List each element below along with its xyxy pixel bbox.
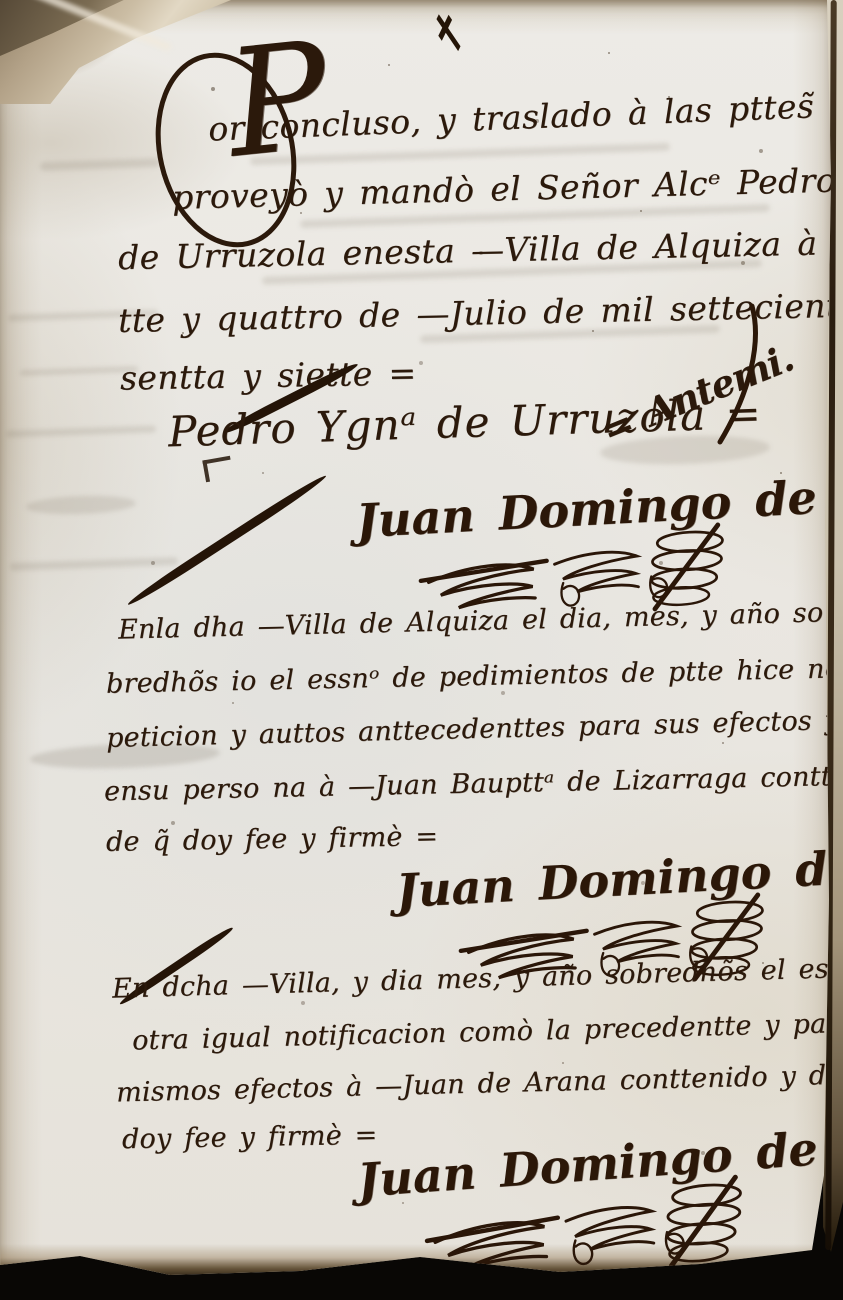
initial-letter: P (219, 9, 336, 190)
invocation-cross-icon: ✝ (418, 0, 476, 74)
manuscript-line: sentta y siette = (120, 353, 417, 397)
show-through-line (6, 425, 156, 437)
pen-stroke (126, 472, 329, 608)
ante-mi-flourish (690, 300, 770, 450)
manuscript-line: mismos efectos à —Juan de Arana contteni… (116, 1059, 843, 1109)
manuscript-line: de q̃ doy fee y firmè = (106, 821, 439, 858)
show-through-line (10, 557, 178, 571)
show-through-blot (26, 494, 137, 516)
manuscript-photo: ✝ P or concluso, y traslado à las pttes̃… (0, 0, 843, 1300)
manuscript-line: ensu perso na à —Juan Baupttᵃ de Lizarra… (104, 760, 843, 808)
manuscript-leaf: ✝ P or concluso, y traslado à las pttes̃… (0, 0, 843, 1300)
manuscript-line: doy fee y firmè = (122, 1120, 378, 1155)
pen-mark (202, 456, 233, 483)
manuscript-line: otra igual notificacion comò la preceden… (132, 1007, 843, 1057)
manuscript-line: peticion y auttos anttecedenttes para su… (106, 705, 841, 754)
signature-block: Juan Domingo de Elola (356, 1111, 843, 1296)
ink-speckles (0, 0, 2, 2)
manuscript-line: bredhõs io el essnᵒ de pedimientos de pt… (106, 651, 843, 700)
